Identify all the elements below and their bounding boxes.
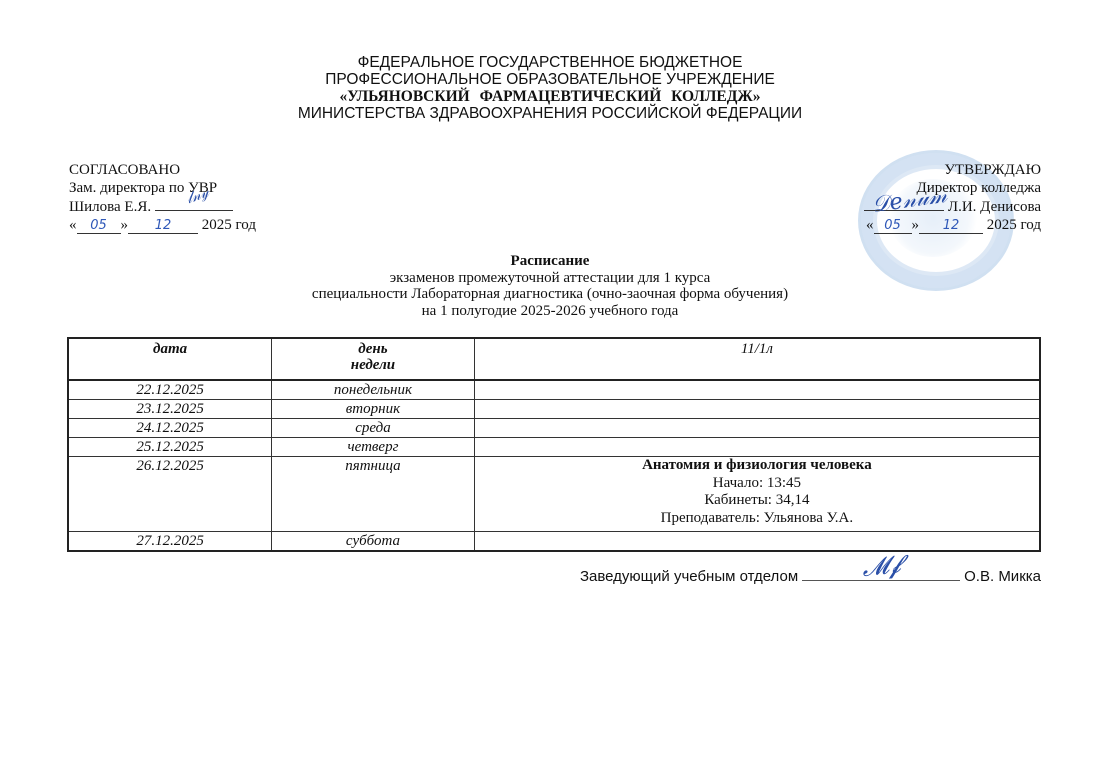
- table-row: 25.12.2025 четверг: [68, 438, 1040, 457]
- row-date: 22.12.2025: [68, 380, 272, 400]
- row-exam-cell: [474, 419, 1040, 438]
- approval-approved-date-row: «05»12 2025 год: [864, 217, 1041, 235]
- schedule-subtitle-2: специальности Лабораторная диагностика (…: [0, 286, 1100, 303]
- row-weekday: пятница: [272, 457, 475, 532]
- approval-agreed-name-row: Шилова Е.Я.: [69, 197, 256, 217]
- schedule-subtitle-3: на 1 полугодие 2025-2026 учебного года: [0, 303, 1100, 320]
- approval-approved-name: Л.И. Денисова: [948, 199, 1041, 215]
- schedule-title-block: Расписание экзаменов промежуточной аттес…: [0, 253, 1100, 319]
- header-line-4: МИНИСТЕРСТВА ЗДРАВООХРАНЕНИЯ РОССИЙСКОЙ …: [0, 105, 1100, 122]
- row-exam-cell: [474, 532, 1040, 552]
- header-line-2: ПРОФЕССИОНАЛЬНОЕ ОБРАЗОВАТЕЛЬНОЕ УЧРЕЖДЕ…: [0, 71, 1100, 88]
- quote-open: «: [866, 217, 874, 233]
- approval-agreed-month: 12: [128, 220, 198, 234]
- schedule-title: Расписание: [0, 253, 1100, 270]
- approval-agreed-date-row: «05»12 2025 год: [69, 217, 256, 235]
- row-exam-cell: Анатомия и физиология человека Начало: 1…: [474, 457, 1040, 532]
- row-date: 24.12.2025: [68, 419, 272, 438]
- column-header-weekday: день недели: [272, 338, 475, 380]
- table-row: 27.12.2025 суббота: [68, 532, 1040, 552]
- approval-agreed-day: 05: [77, 220, 121, 234]
- footer-signature-block: Заведующий учебным отделомО.В. Микка: [580, 566, 1041, 585]
- approval-approved-position: Директор колледжа: [864, 180, 1041, 198]
- row-weekday: четверг: [272, 438, 475, 457]
- footer-name: О.В. Микка: [964, 568, 1041, 585]
- schedule-subtitle-1: экзаменов промежуточной аттестации для 1…: [0, 270, 1100, 287]
- approval-approved-block: УТВЕРЖДАЮ Директор колледжа Л.И. Денисов…: [864, 162, 1041, 234]
- approval-approved-heading: УТВЕРЖДАЮ: [864, 162, 1041, 180]
- row-date: 26.12.2025: [68, 457, 272, 532]
- row-weekday: среда: [272, 419, 475, 438]
- signature-line: [155, 197, 233, 211]
- weekday-header-line-1: день: [272, 341, 474, 357]
- quote-close: »: [912, 217, 920, 233]
- exam-rooms: Кабинеты: 34,14: [475, 492, 1039, 510]
- row-exam-cell: [474, 438, 1040, 457]
- institution-header: ФЕДЕРАЛЬНОЕ ГОСУДАРСТВЕННОЕ БЮДЖЕТНОЕ ПР…: [0, 54, 1100, 122]
- row-date: 27.12.2025: [68, 532, 272, 552]
- table-row: 22.12.2025 понедельник: [68, 380, 1040, 400]
- header-line-1: ФЕДЕРАЛЬНОЕ ГОСУДАРСТВЕННОЕ БЮДЖЕТНОЕ: [0, 54, 1100, 71]
- approval-approved-day: 05: [874, 220, 912, 234]
- approval-approved-name-row: Л.И. Денисова: [864, 197, 1041, 217]
- quote-open: «: [69, 217, 77, 233]
- row-exam-cell: [474, 400, 1040, 419]
- table-row: 23.12.2025 вторник: [68, 400, 1040, 419]
- row-weekday: суббота: [272, 532, 475, 552]
- column-header-date: дата: [68, 338, 272, 380]
- row-exam-cell: [474, 380, 1040, 400]
- footer-position: Заведующий учебным отделом: [580, 568, 798, 585]
- approval-approved-year: 2025 год: [987, 217, 1041, 233]
- row-weekday: понедельник: [272, 380, 475, 400]
- row-date: 23.12.2025: [68, 400, 272, 419]
- exam-schedule-table: дата день недели 11/1л 22.12.2025 понеде…: [67, 337, 1041, 552]
- column-header-group: 11/1л: [474, 338, 1040, 380]
- approval-agreed-year: 2025 год: [202, 217, 256, 233]
- table-header-row: дата день недели 11/1л: [68, 338, 1040, 380]
- table-row: 24.12.2025 среда: [68, 419, 1040, 438]
- approval-agreed-name: Шилова Е.Я.: [69, 199, 151, 215]
- row-weekday: вторник: [272, 400, 475, 419]
- exam-start-time: Начало: 13:45: [475, 475, 1039, 493]
- exam-teacher: Преподаватель: Ульянова У.А.: [475, 510, 1039, 528]
- approval-approved-month: 12: [919, 220, 983, 234]
- header-college-name: «УЛЬЯНОВСКИЙ ФАРМАЦЕВТИЧЕСКИЙ КОЛЛЕДЖ»: [0, 88, 1100, 105]
- quote-close: »: [121, 217, 129, 233]
- signature-line: [802, 566, 960, 581]
- table-row: 26.12.2025 пятница Анатомия и физиология…: [68, 457, 1040, 532]
- weekday-header-line-2: недели: [272, 357, 474, 373]
- approval-agreed-heading: СОГЛАСОВАНО: [69, 162, 256, 180]
- exam-subject: Анатомия и физиология человека: [475, 457, 1039, 475]
- approval-agreed-block: СОГЛАСОВАНО Зам. директора по УВР Шилова…: [69, 162, 256, 234]
- approval-agreed-position: Зам. директора по УВР: [69, 180, 256, 198]
- signature-line: [864, 197, 944, 211]
- row-date: 25.12.2025: [68, 438, 272, 457]
